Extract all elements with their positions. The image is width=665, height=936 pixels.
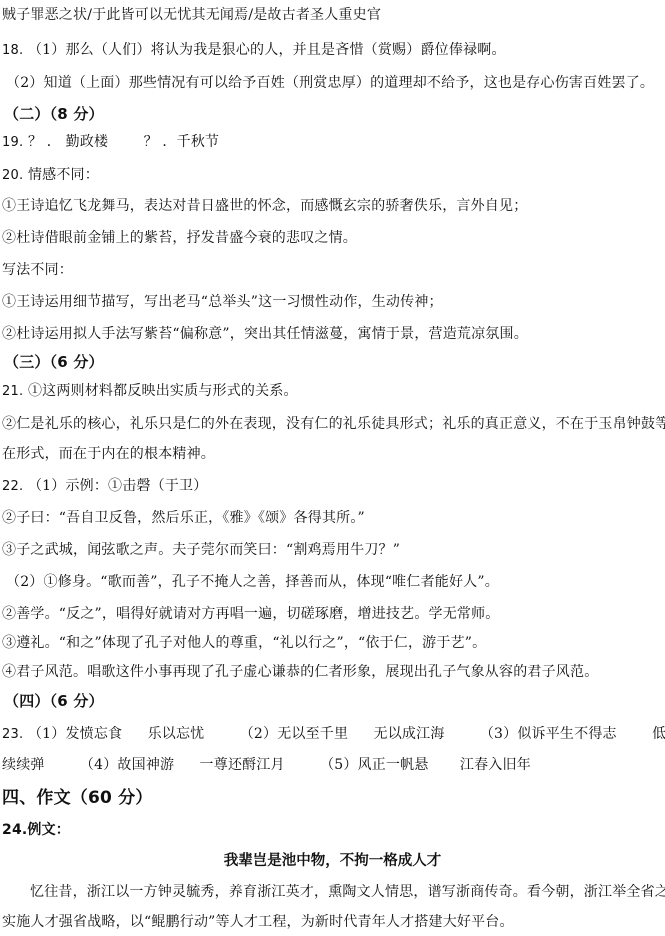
- text-a: ？ ． 勤政楼: [28, 134, 108, 150]
- text: 乐以忘忧: [148, 726, 205, 742]
- question-number: 18.: [2, 43, 23, 58]
- answer-22-example-3: ③子之武城，闻弦歌之声。夫子莞尔而笑曰：“割鸡焉用牛刀？”: [2, 541, 400, 559]
- answer-21-point-2-cont: 在形式，而在于内在的根本精神。: [2, 445, 215, 463]
- answer-20-emotion-1: ①王诗追忆飞龙舞马，表达对昔日盛世的怀念，而感慨玄宗的骄奢佚乐，言外自见；: [2, 197, 527, 215]
- document-page: 贼子罪恶之状/于此皆可以无忧其无闻焉/是故古者圣人重史官 18. （1）那么（人…: [0, 0, 665, 936]
- heading-text: （二）（8 分）: [4, 105, 104, 123]
- text: 一尊还酹江月: [200, 757, 285, 773]
- text: 实施人才强省战略，以“鲲鹏行动”等人才工程，为新时代青年人才搭建大好平台。: [2, 914, 514, 930]
- text: ③子之武城，闻弦歌之声。夫子莞尔而笑曰：“割鸡焉用牛刀？”: [2, 542, 400, 558]
- question-number: 19.: [2, 135, 23, 150]
- answer-19: 19. ？ ． 勤政楼 ？ ．千秋节: [2, 133, 219, 152]
- text-b: ？ ．千秋节: [144, 134, 220, 150]
- answer-23-line-2: 续续弹 （4）故国神游 一尊还酹江月 （5）风正一帆悬 江春入旧年: [2, 756, 531, 774]
- text: 低眉信手: [652, 726, 665, 742]
- answer-22-part-1: 22. （1）示例：①击磬（于卫）: [2, 477, 207, 496]
- text: ①这两则材料都反映出实质与形式的关系。: [28, 383, 298, 399]
- answer-20-label: 20. 情感不同：: [2, 166, 99, 185]
- answer-20-technique-1: ①王诗运用细节描写，写出老马“总举头”这一习惯性动作，生动传神；: [2, 293, 443, 311]
- essay-paragraph-line-1: 忆往昔，浙江以一方钟灵毓秀，养育浙江英才，熏陶文人情思，谱写浙商传奇。看今朝，浙…: [30, 883, 665, 901]
- answer-22-part-2-point-4: ④君子风范。唱歌这件小事再现了孔子虚心谦恭的仁者形象，展现出孔子气象从容的君子风…: [2, 663, 598, 681]
- heading-text: （四）（6 分）: [4, 692, 104, 710]
- text: 情感不同：: [28, 167, 99, 183]
- text: （1）示例：①击磬（于卫）: [28, 478, 208, 494]
- text: ①王诗运用细节描写，写出老马“总举头”这一习惯性动作，生动传神；: [2, 294, 443, 310]
- question-number: 23.: [2, 727, 23, 742]
- text: 贼子罪恶之状/于此皆可以无忧其无闻焉/是故古者圣人重史官: [2, 7, 381, 23]
- text: ②善学。“反之”，唱得好就请对方再唱一遍，切磋琢磨，增进技艺。学无常师。: [2, 606, 500, 622]
- answer-21-point-2: ②仁是礼乐的核心，礼乐只是仁的外在表现，没有仁的礼乐徒具形式；礼乐的真正意义，不…: [2, 415, 665, 433]
- text: ②仁是礼乐的核心，礼乐只是仁的外在表现，没有仁的礼乐徒具形式；礼乐的真正意义，不…: [2, 416, 665, 432]
- text: 我辈岂是池中物，不拘一格成人才: [224, 852, 442, 869]
- text: 无以成江海: [374, 726, 445, 742]
- answer-21-point-1: 21. ①这两则材料都反映出实质与形式的关系。: [2, 382, 298, 401]
- answer-22-example-2: ②子曰：“吾自卫反鲁，然后乐正，《雅》《颂》各得其所。”: [2, 509, 365, 527]
- text: 忆往昔，浙江以一方钟灵毓秀，养育浙江英才，熏陶文人情思，谱写浙商传奇。看今朝，浙…: [30, 884, 665, 900]
- text: 写法不同：: [2, 262, 73, 278]
- text: ②杜诗借眼前金铺上的紫苔，抒发昔盛今衰的悲叹之情。: [2, 230, 357, 246]
- essay-title: 我辈岂是池中物，不拘一格成人才: [0, 852, 665, 870]
- answer-22-part-2-point-2: ②善学。“反之”，唱得好就请对方再唱一遍，切磋琢磨，增进技艺。学无常师。: [2, 605, 500, 623]
- question-number: 22.: [2, 479, 23, 494]
- essay-label: 24.例文：: [2, 821, 70, 839]
- text: （2）①修身。“歌而善”，孔子不掩人之善，择善而从，体现“唯仁者能好人”。: [6, 574, 499, 590]
- section-heading-4: （四）（6 分）: [4, 692, 104, 710]
- heading-text: （三）（6 分）: [4, 353, 104, 371]
- text: ③遵礼。“和之”体现了孔子对他人的尊重，“礼以行之”，“依于仁，游于艺”。: [2, 635, 486, 651]
- text: 在形式，而在于内在的根本精神。: [2, 446, 215, 462]
- question-number: 20.: [2, 168, 23, 183]
- text: ②子曰：“吾自卫反鲁，然后乐正，《雅》《颂》各得其所。”: [2, 510, 365, 526]
- answer-20-emotion-2: ②杜诗借眼前金铺上的紫苔，抒发昔盛今衰的悲叹之情。: [2, 229, 357, 247]
- answer-22-part-2-point-1: （2）①修身。“歌而善”，孔子不掩人之善，择善而从，体现“唯仁者能好人”。: [6, 573, 499, 591]
- answer-22-part-2-point-3: ③遵礼。“和之”体现了孔子对他人的尊重，“礼以行之”，“依于仁，游于艺”。: [2, 634, 486, 652]
- answer-23-line-1: 23. （1）发愤忘食 乐以忘忧 （2）无以至千里 无以成江海 （3）似诉平生不…: [2, 725, 665, 744]
- text: （2）无以至千里: [240, 726, 349, 742]
- text: ②杜诗运用拟人手法写紫苔“偏称意”，突出其任情滋蔓，寓情于景，营造荒凉氛围。: [2, 326, 528, 342]
- section-heading-2: （二）（8 分）: [4, 105, 104, 123]
- essay-paragraph-line-2: 实施人才强省战略，以“鲲鹏行动”等人才工程，为新时代青年人才搭建大好平台。: [2, 913, 514, 931]
- text: （1）发愤忘食: [28, 726, 122, 742]
- text: ④君子风范。唱歌这件小事再现了孔子虚心谦恭的仁者形象，展现出孔子气象从容的君子风…: [2, 664, 598, 680]
- text: （1）那么（人们）将认为我是狠心的人，并且是吝惜（赏赐）爵位俸禄啊。: [28, 42, 506, 58]
- section-heading-3: （三）（6 分）: [4, 353, 104, 371]
- text: 续续弹: [2, 757, 45, 773]
- answer-18-part-2: （2）知道（上面）那些情况有可以给予百姓（刑赏忠厚）的道理却不给予，这也是存心伤…: [6, 74, 654, 92]
- text: 24.例文：: [2, 822, 70, 838]
- heading-text: 四、作文（60 分）: [2, 788, 153, 808]
- text-line-answer-17-tail: 贼子罪恶之状/于此皆可以无忧其无闻焉/是故古者圣人重史官: [2, 6, 381, 24]
- answer-18-part-1: 18. （1）那么（人们）将认为我是狠心的人，并且是吝惜（赏赐）爵位俸禄啊。: [2, 41, 506, 60]
- text: ①王诗追忆飞龙舞马，表达对昔日盛世的怀念，而感慨玄宗的骄奢佚乐，言外自见；: [2, 198, 527, 214]
- text: 江春入旧年: [460, 757, 531, 773]
- answer-20-technique-2: ②杜诗运用拟人手法写紫苔“偏称意”，突出其任情滋蔓，寓情于景，营造荒凉氛围。: [2, 325, 528, 343]
- answer-20-technique-label: 写法不同：: [2, 261, 73, 279]
- question-number: 21.: [2, 384, 23, 399]
- text: （3）似诉平生不得志: [480, 726, 617, 742]
- section-heading-composition: 四、作文（60 分）: [2, 789, 153, 807]
- text: （4）故国神游: [80, 757, 174, 773]
- text: （2）知道（上面）那些情况有可以给予百姓（刑赏忠厚）的道理却不给予，这也是存心伤…: [6, 75, 654, 91]
- text: （5）风正一帆悬: [320, 757, 429, 773]
